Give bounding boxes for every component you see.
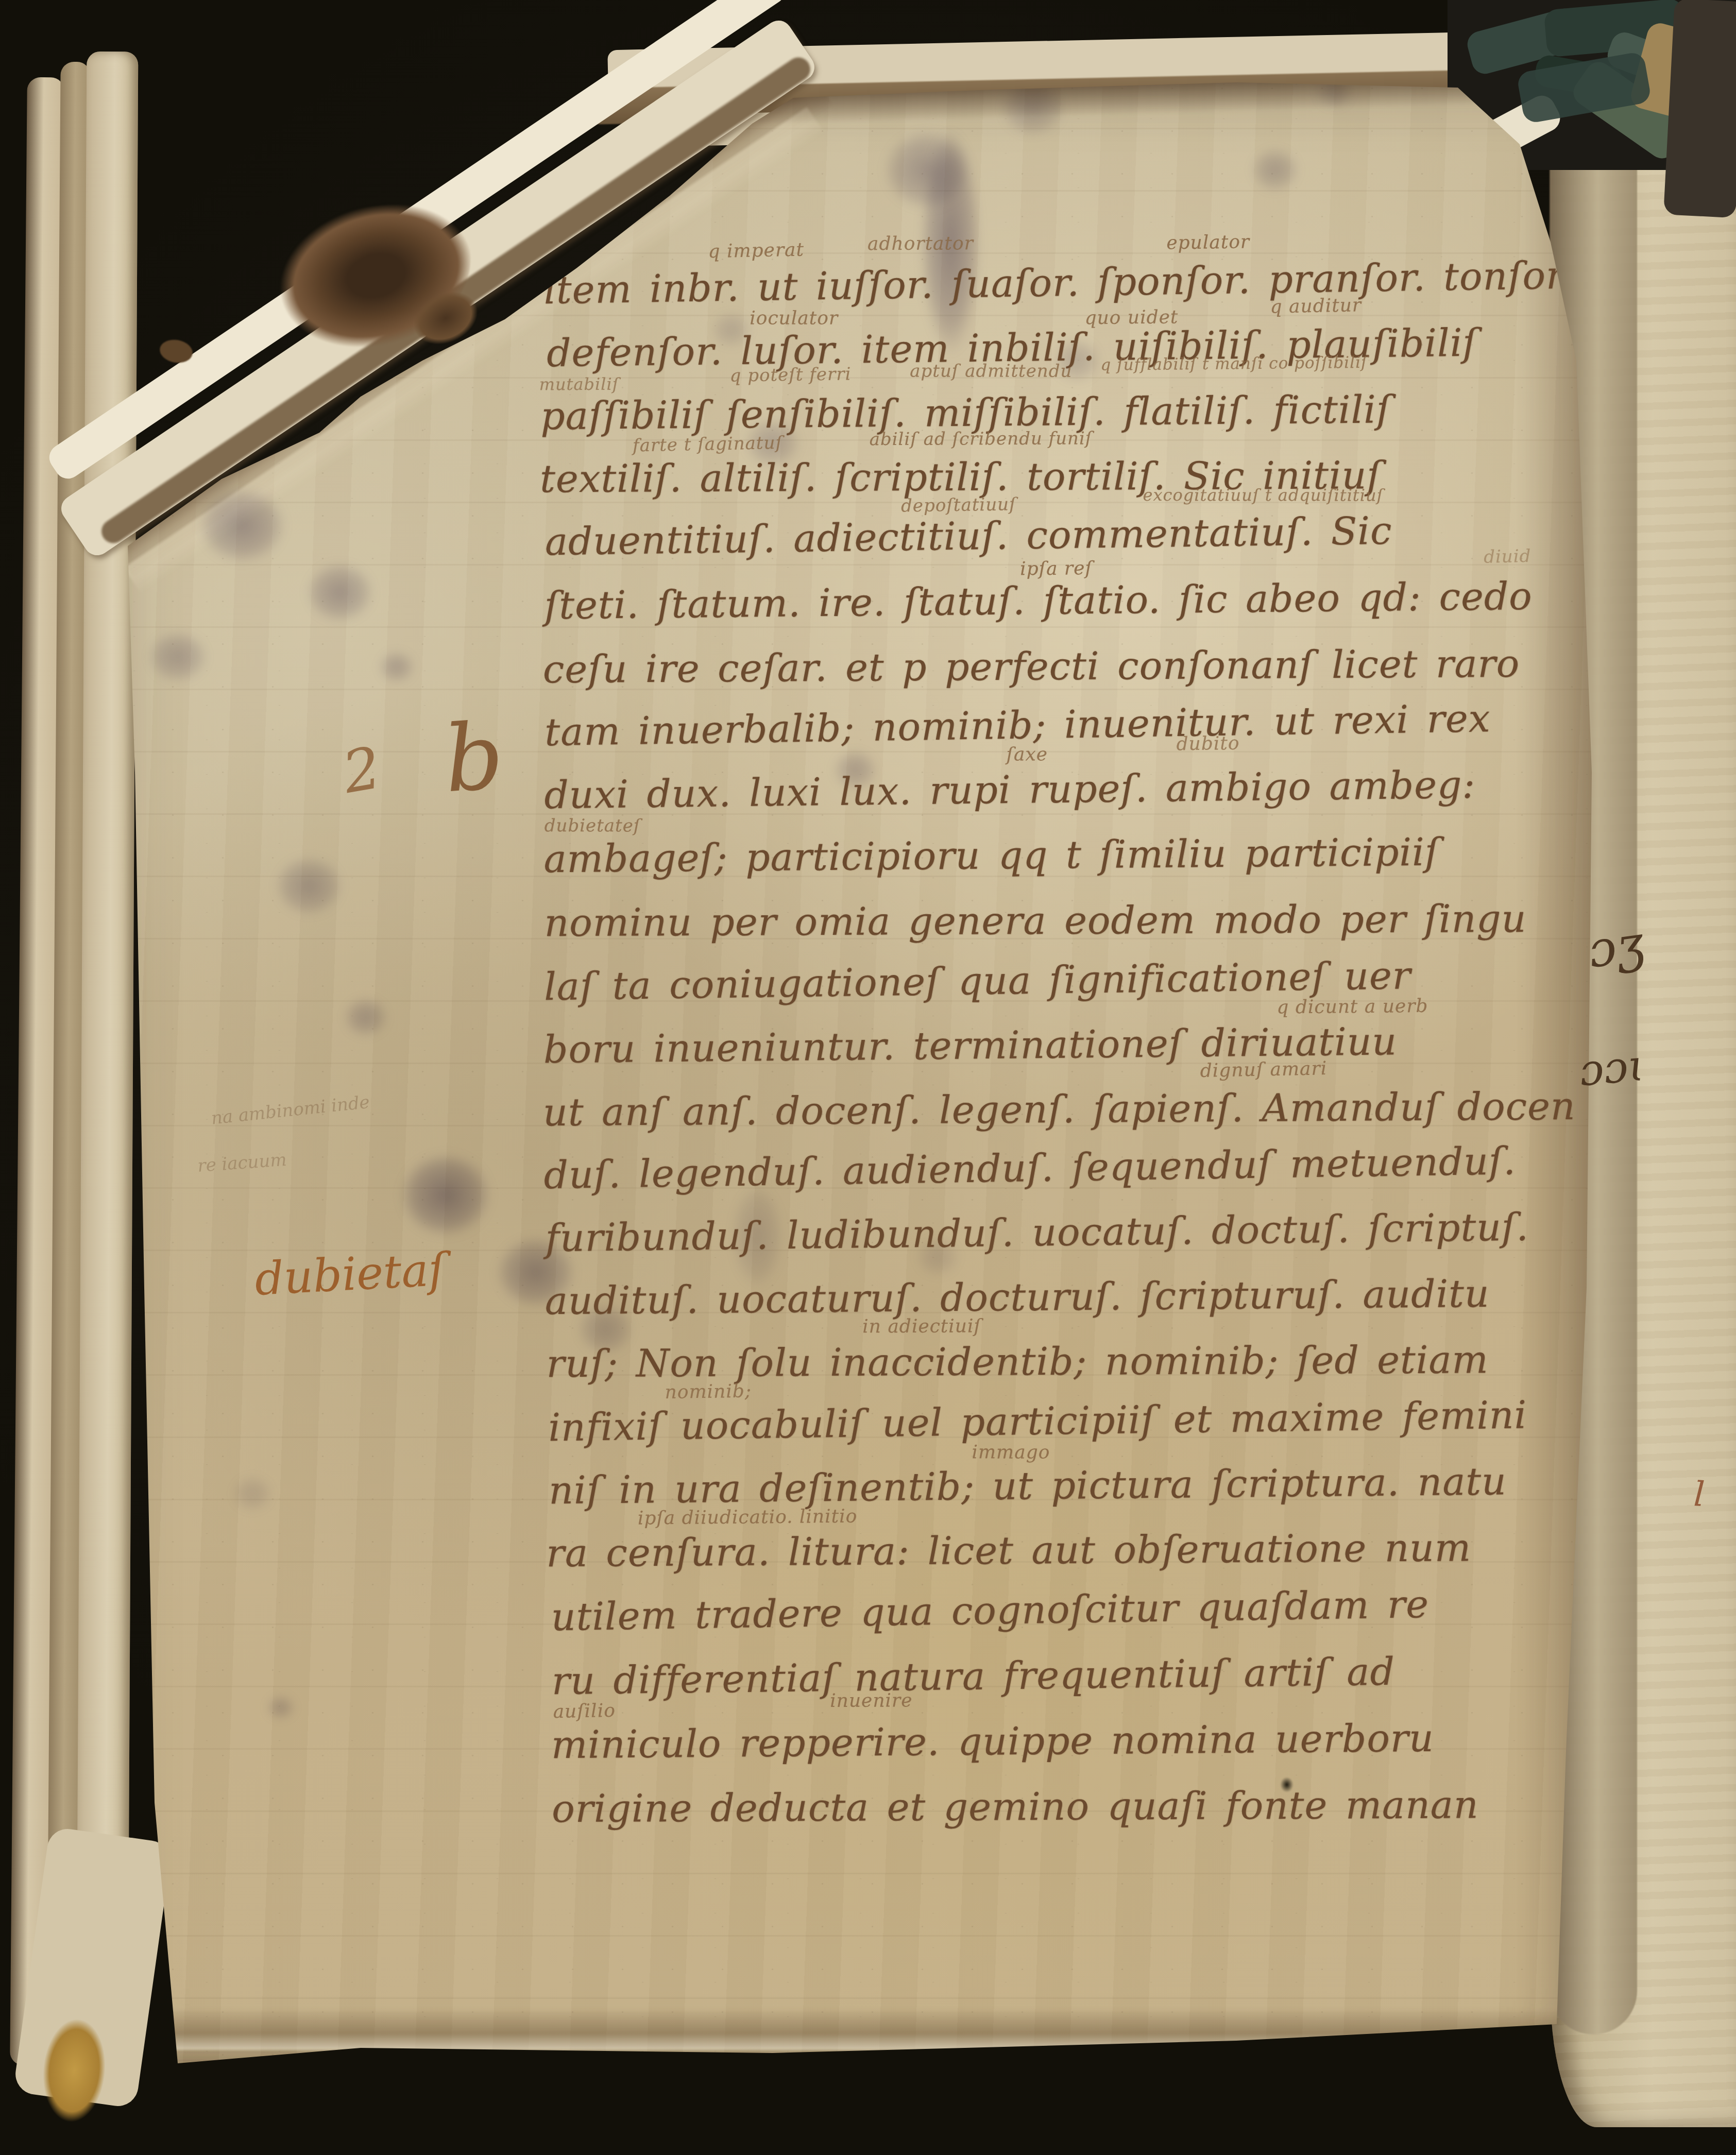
margin-squiggle-mark: 2	[338, 734, 386, 807]
binding-thread-4	[1533, 54, 1625, 100]
binding-thread-overlap	[1516, 51, 1652, 124]
faint-margin-gloss-1: na ambinomi inde	[210, 1092, 371, 1129]
left-leaf-edge-3	[76, 52, 139, 2086]
damage-patch-large	[264, 183, 489, 368]
gutter-fragment-lower: ɔɔɩ	[1577, 1040, 1647, 1096]
manuscript-page: item inbr. ut iuſſor. ſuaſor. ſponſor. p…	[98, 67, 1623, 2081]
binding-thread-1	[1465, 6, 1585, 77]
margin-mark-layer: 2bna ambinomi indere iacuumdubietaſ	[98, 67, 1623, 2081]
damage-crumb	[158, 337, 195, 365]
faint-margin-gloss-2: re iacuum	[197, 1150, 287, 1176]
bottom-left-ochre-patch	[39, 2016, 110, 2125]
binding-thread-3	[1604, 29, 1708, 97]
binding-tan-chunk	[1628, 20, 1726, 125]
left-leaf-edge-1	[10, 77, 64, 2065]
gutter-fragment-upper: ɔʒ	[1585, 914, 1647, 979]
binding-thread-5	[1568, 57, 1692, 163]
facing-page-letter-fragment: l	[1693, 1474, 1706, 1514]
margin-letter-b: b	[441, 703, 507, 813]
manuscript-photo: item inbr. ut iuſſor. ſuaſor. ſponſor. p…	[0, 0, 1736, 2155]
binding-thread-2	[1544, 0, 1687, 58]
binding-dark-strap	[1663, 0, 1736, 218]
left-leaf-edge-2	[46, 62, 90, 2081]
margin-word-dubietas: dubietaſ	[253, 1243, 447, 1306]
bottom-left-leaf-wedge	[13, 1826, 173, 2109]
